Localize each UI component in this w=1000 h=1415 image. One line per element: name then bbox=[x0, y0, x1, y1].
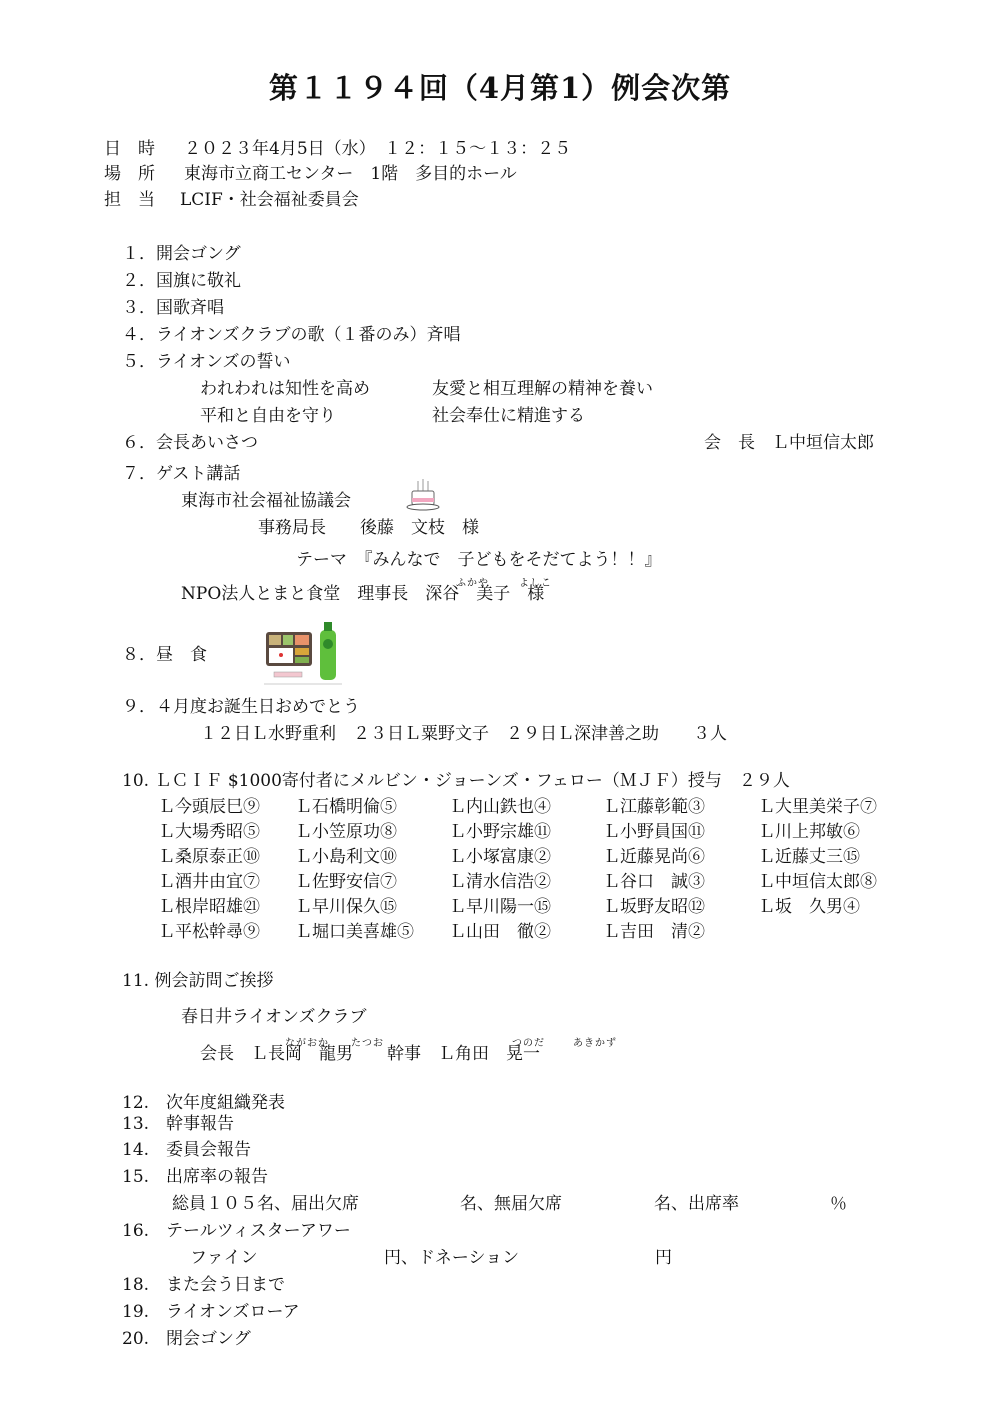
fine-label: ファイン bbox=[190, 1250, 258, 1267]
mjf-recipient: Ｌ清水信浩② bbox=[449, 874, 551, 891]
mjf-recipient: Ｌ酒井由宜⑦ bbox=[158, 874, 260, 891]
mjf-recipient: Ｌ小笠原功⑧ bbox=[295, 824, 397, 841]
agenda-item-7: ７．ゲスト講話 bbox=[122, 466, 240, 483]
president-name: 会 長 Ｌ中垣信太郎 bbox=[704, 435, 874, 452]
mjf-recipient: Ｌ早川陽一⑮ bbox=[449, 899, 551, 916]
agenda-item-4: ４．ライオンズクラブの歌（１番のみ）斉唱 bbox=[122, 327, 460, 344]
pledge-line: 社会奉仕に精進する bbox=[432, 408, 585, 425]
agenda-item-6: ６．会長あいさつ bbox=[122, 435, 258, 452]
attendance-total: 総員１０５名、届出欠席 bbox=[172, 1196, 359, 1213]
mjf-recipient: Ｌ川上邦敏⑥ bbox=[758, 824, 860, 841]
guest-organization: 東海市社会福祉協議会 bbox=[181, 493, 351, 510]
mjf-recipient: Ｌ早川保久⑮ bbox=[295, 899, 397, 916]
mjf-recipient: Ｌ平松幹尋⑨ bbox=[158, 924, 260, 941]
agenda-item-10: 10. ＬＣＩＦ $1000寄付者にメルビン・ジョーンズ・フェロー（ＭＪＦ）授与… bbox=[122, 773, 790, 790]
attendance-absent-notified: 名、無届欠席 bbox=[460, 1196, 562, 1213]
donation-yen: 円 bbox=[655, 1250, 672, 1267]
agenda-item-15: 15. 出席率の報告 bbox=[122, 1169, 268, 1186]
mjf-recipient: Ｌ中垣信太郎⑧ bbox=[758, 874, 877, 891]
guest-1: 事務局長 後藤 文枝 様 bbox=[258, 520, 479, 537]
mjf-recipient: Ｌ江藤彰範③ bbox=[603, 799, 705, 816]
mjf-recipient: Ｌ大場秀昭⑤ bbox=[158, 824, 260, 841]
mjf-recipient: Ｌ桑原泰正⑩ bbox=[158, 849, 260, 866]
charge-value: LCIF・社会福祉委員会 bbox=[180, 192, 359, 209]
visiting-club: 春日井ライオンズクラブ bbox=[181, 1009, 366, 1026]
attendance-percent: ％ bbox=[830, 1196, 847, 1213]
mjf-recipient: Ｌ小野宗雄⑪ bbox=[449, 824, 551, 841]
mjf-recipient: Ｌ小塚富康② bbox=[449, 849, 551, 866]
attendance-rate: 名、出席率 bbox=[654, 1196, 739, 1213]
birthday-cake-icon bbox=[405, 477, 441, 513]
mjf-recipient: Ｌ近藤晃尚⑥ bbox=[603, 849, 705, 866]
agenda-item-20: 20. 閉会ゴング bbox=[122, 1331, 251, 1348]
mjf-recipient: Ｌ山田 徹② bbox=[449, 924, 551, 941]
mjf-recipient: Ｌ堀口美喜雄⑤ bbox=[295, 924, 414, 941]
agenda-item-18: 18. また会う日まで bbox=[122, 1277, 285, 1294]
mjf-recipient: Ｌ坂 久男④ bbox=[758, 899, 860, 916]
mjf-recipient: Ｌ坂野友昭⑫ bbox=[603, 899, 705, 916]
mjf-recipient: Ｌ佐野安信⑦ bbox=[295, 874, 397, 891]
place-value: 東海市立商工センター 1階 多目的ホール bbox=[184, 166, 517, 183]
agenda-item-9: ９．４月度お誕生日おめでとう bbox=[122, 699, 360, 716]
furigana: あきかず bbox=[573, 1034, 617, 1049]
mjf-recipient: Ｌ今頭辰巳⑨ bbox=[158, 799, 260, 816]
guest-2: NPO法人とまと食堂 理事長 深谷 美子 様 bbox=[181, 586, 544, 603]
agenda-item-12: 12. 次年度組織発表 bbox=[122, 1095, 285, 1112]
pledge-line: われわれは知性を高め bbox=[200, 381, 370, 398]
speech-theme: テーマ 『みんなで 子どもをそだてよう！！』 bbox=[296, 552, 662, 569]
mjf-recipient: Ｌ根岸昭雄㉑ bbox=[158, 899, 260, 916]
agenda-item-3: ３．国歌斉唱 bbox=[122, 300, 224, 317]
agenda-item-19: 19. ライオンズローア bbox=[122, 1304, 300, 1321]
agenda-item-16: 16. テールツィスターアワー bbox=[122, 1223, 351, 1240]
agenda-item-1: １．開会ゴング bbox=[122, 246, 241, 263]
agenda-item-13: 13. 幹事報告 bbox=[122, 1116, 234, 1133]
mjf-recipient: Ｌ大里美栄子⑦ bbox=[758, 799, 877, 816]
agenda-item-11: 11. 例会訪問ご挨拶 bbox=[122, 973, 273, 990]
datetime-value: ２０２３年4月5日（水） １２：１５〜１３：２５ bbox=[184, 141, 571, 158]
page-title: 第１１９４回（4月第1）例会次第 bbox=[0, 66, 1000, 107]
donation-label: 円、ドネーション bbox=[384, 1250, 519, 1267]
birthday-list: １２日Ｌ水野重利 ２３日Ｌ粟野文子 ２９日Ｌ深津善之助 ３人 bbox=[200, 726, 727, 743]
agenda-item-8: ８．昼 食 bbox=[122, 647, 207, 664]
pledge-line: 平和と自由を守り bbox=[200, 408, 336, 425]
charge-label: 担 当 bbox=[104, 192, 155, 209]
mjf-recipient: Ｌ近藤丈三⑮ bbox=[758, 849, 860, 866]
visiting-officers: 会長 Ｌ長岡 龍男 幹事 Ｌ角田 晃一 bbox=[200, 1046, 540, 1063]
mjf-recipient: Ｌ小野員国⑪ bbox=[603, 824, 705, 841]
datetime-label: 日 時 bbox=[104, 141, 155, 158]
mjf-recipient: Ｌ石橋明倫⑤ bbox=[295, 799, 397, 816]
agenda-item-14: 14. 委員会報告 bbox=[122, 1142, 251, 1159]
mjf-recipient: Ｌ内山鉄也④ bbox=[449, 799, 551, 816]
mjf-recipient: Ｌ谷口 誠③ bbox=[603, 874, 705, 891]
agenda-item-5: ５．ライオンズの誓い bbox=[122, 354, 290, 371]
mjf-recipient: Ｌ小島利文⑩ bbox=[295, 849, 397, 866]
pledge-line: 友愛と相互理解の精神を養い bbox=[432, 381, 653, 398]
mjf-recipient: Ｌ吉田 清② bbox=[603, 924, 705, 941]
agenda-item-2: ２．国旗に敬礼 bbox=[122, 273, 241, 290]
place-label: 場 所 bbox=[104, 166, 155, 183]
bento-lunch-icon bbox=[262, 620, 354, 686]
